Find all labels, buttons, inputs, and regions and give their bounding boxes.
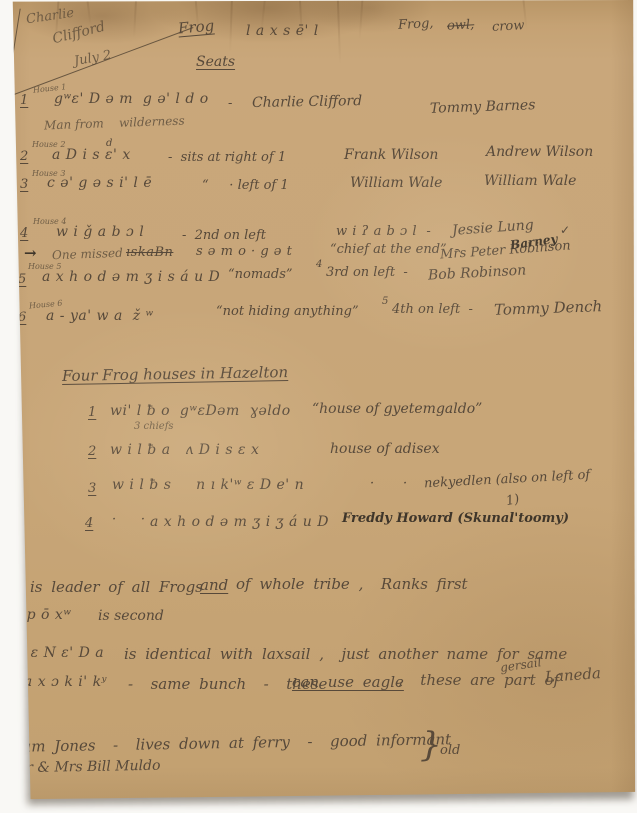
manuscript-page: Charlie Clifford July 2 Frog l a x s ē' … (0, 0, 637, 813)
seat-2-phonetic: a D i s ε' x (52, 148, 131, 162)
house-item-4-number: 4 (85, 517, 93, 530)
seat-3-position: “ · left of 1 (202, 179, 289, 192)
house-item-3-gloss-wrap: 1) (505, 493, 520, 508)
seat-3-occupant-2: William Wale (484, 174, 576, 188)
house-item-2-number: 2 (88, 445, 96, 458)
house-item-3-ditto-dots: · · (370, 477, 407, 490)
house-item-1-gloss: “house of gyetemgaldo” (312, 402, 482, 416)
house-item-4-ditto-dots: · · (112, 513, 145, 526)
seat-6-occupant: Tommy Dench (494, 299, 603, 318)
note-leader-conjunction: and (200, 578, 228, 593)
note-leader-part1: is leader of all Frogs (30, 580, 203, 595)
house-item-3-phonetic: w i l ƀ s n ı k'ʷ ε D e' n (112, 478, 304, 492)
seat-5-number: 5 (18, 273, 26, 286)
seat-4-occupant: Jessie Lung (452, 218, 535, 238)
corner-author-line2: Clifford (51, 20, 106, 47)
seat-1-note: Man from wilderness (44, 115, 185, 132)
seat-5-gloss: “nomads” (228, 268, 293, 281)
note-informant-line1: Sam Jones - lives down at ferry - good i… (12, 732, 451, 755)
seat-3-number: 3 (20, 178, 28, 191)
seat-5-occupant: Bob Robinson (428, 263, 527, 282)
missed-phonetic: s ə m o · g ə t (196, 245, 292, 258)
seat-1-occupant-2: Tommy Barnes (430, 98, 536, 116)
note-laxskik-underlined: can use eagle (292, 675, 404, 690)
scanned-notebook-page: Charlie Clifford July 2 Frog l a x s ē' … (0, 0, 637, 813)
seat-2-number: 2 (20, 150, 28, 163)
arrow-icon: → (24, 246, 37, 261)
house-item-3-number: 3 (88, 482, 96, 495)
seat-1-dash: - (228, 97, 232, 110)
seat-6-correction-sup: 5 (382, 297, 388, 307)
seat-4-position: - 2nd on left (182, 229, 266, 242)
seat-5-position: 3rd on left - (326, 266, 408, 279)
seat-4-number: 4 (20, 227, 28, 240)
note-leader-part2: of whole tribe , Ranks first (236, 577, 468, 592)
seat-4-phonetic-2: w i ʔ a b ɔ l - (336, 225, 431, 238)
seat-2-position: - sits at right of 1 (168, 151, 286, 164)
checkmark: ✓ (560, 224, 570, 236)
clan-keyword: Frog, (398, 17, 434, 32)
missed-phonetic-struck: ıskaBn (126, 246, 173, 259)
corner-author-line1: Charlie (25, 7, 75, 27)
note-leader-number: 1 (14, 580, 23, 594)
clan-keyword-struck: owl, (447, 18, 475, 32)
house-item-1-subnote: 3 chiefs (134, 422, 174, 432)
seat-6-position: 4th on left - (392, 303, 473, 316)
seat-6-phonetic: a - ya' w a ž ʷ (46, 309, 154, 323)
seat-4-phonetic: w i ǧ a b ɔ l (56, 225, 144, 239)
crease-mark (229, 0, 233, 52)
crease-mark (133, 0, 137, 38)
seat-5-phonetic: a x h o d ə m ʒ i s á u D (42, 270, 220, 284)
note-laxskik-part3: Laneda (545, 666, 602, 685)
missed-label: One missed (52, 247, 123, 261)
crease-mark (359, 0, 364, 40)
note-informant-line2: Mr & Mrs Bill Muldo (12, 759, 161, 776)
seat-1-phonetic: gʷε' D ə m g ə' l d o (54, 92, 209, 106)
title-phonetic: l a x s ē' l (246, 24, 319, 38)
seat-2-occupant: Frank Wilson (344, 148, 438, 162)
house-item-2-gloss: house of adisex (330, 442, 440, 456)
seat-1-occupant: Charlie Clifford (252, 94, 362, 110)
house-item-1-phonetic: wi' l ƀ o gʷεDəm ɣəldo (110, 404, 291, 418)
house-item-2-phonetic: w i l ƀ a ʌ D i s ε x (110, 443, 259, 457)
seat-2-occupant-2: Andrew Wilson (486, 145, 593, 159)
informant-brace: } (420, 728, 442, 762)
note-second-text: is second (98, 609, 164, 623)
house-item-1-number: 1 (88, 406, 96, 419)
informant-age: old (440, 744, 460, 757)
clan-keyword: crow (492, 19, 525, 34)
seat-3-occupant: William Wale (350, 176, 442, 190)
seat-1-number: 1 (20, 94, 28, 107)
seat-5-correction-sup: 4 (316, 260, 322, 270)
house-item-3-gloss: nekyedlen (also on left of (424, 469, 591, 491)
seat-6-gloss: “not hiding anything” (216, 305, 359, 318)
houses-heading: Four Frog houses in Hazelton (62, 365, 288, 384)
house-item-4-name: Freddy Howard (Skunal'toomy) (342, 512, 569, 525)
slash-stroke (5, 9, 21, 101)
subtitle-seats: Seats (196, 55, 235, 69)
page-title: Frog (177, 18, 214, 36)
note-laxskik-part2: , these are part of (398, 673, 559, 688)
house-item-4-phonetic: a x h o d ə m ʒ i ʒ á u D (150, 515, 329, 529)
note-second-phonetic: s p ō xʷ (14, 608, 71, 622)
crease-mark (337, 0, 341, 64)
note-geneda-phonetic: G ε N ε' D a (14, 646, 104, 660)
seat-2-superscript-d: d (106, 139, 112, 149)
seat-6-number: 6 (18, 311, 26, 324)
seat-3-phonetic: c ə' g ə s i' l ē (47, 176, 152, 190)
